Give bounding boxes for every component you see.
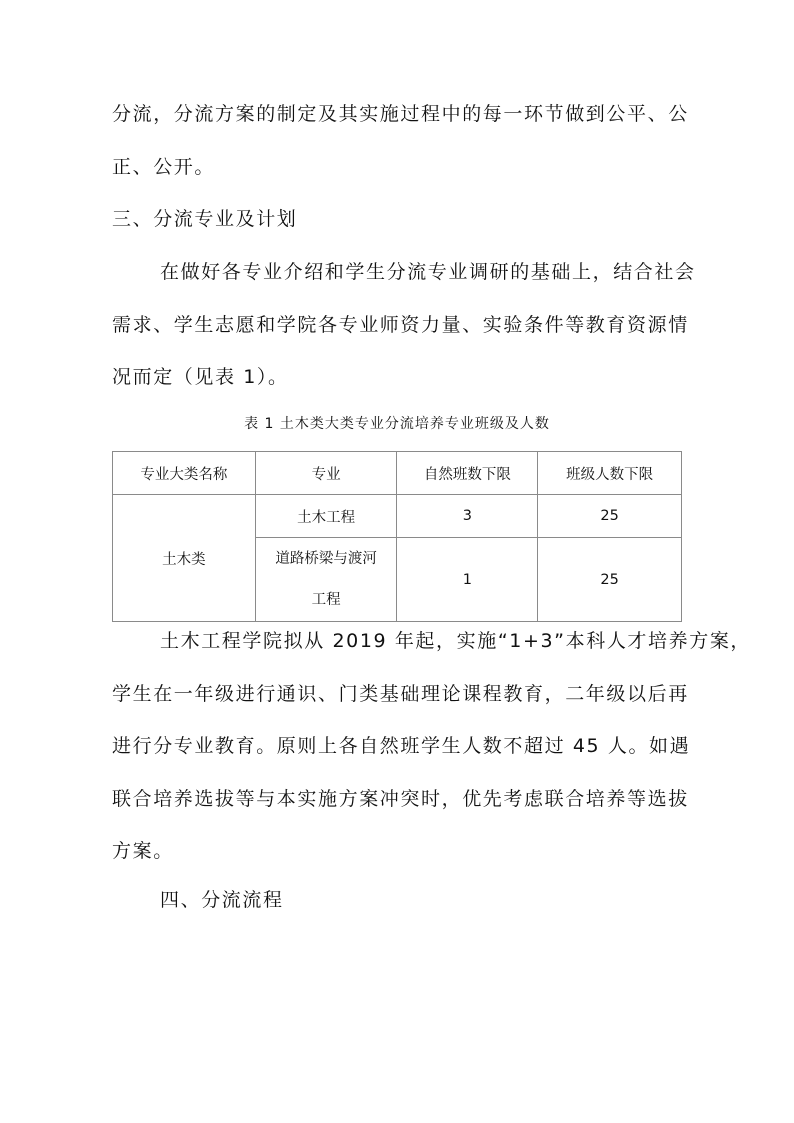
major-line: 工程 [256,580,397,621]
section-heading-4: 四、分流流程 [160,888,284,912]
table-row: 土木类 土木工程 3 25 [113,495,682,538]
header-cell: 班级人数下限 [538,452,682,495]
paragraph-line: 学生在一年级进行通识、门类基础理论课程教育，二年级以后再 [112,682,689,706]
paragraph-line: 需求、学生志愿和学院各专业师资力量、实验条件等教育资源情 [112,313,689,337]
table-header-row: 专业大类名称 专业 自然班数下限 班级人数下限 [113,452,682,495]
paragraph-line: 土木工程学院拟从 2019 年起，实施“1+3”本科人才培养方案， [160,629,751,653]
major-line: 道路桥梁与渡河 [256,539,397,580]
header-cell: 自然班数下限 [397,452,538,495]
paragraph-line: 联合培养选拔等与本实施方案冲突时，优先考虑联合培养等选拔 [112,787,689,811]
section-heading-3: 三、分流专业及计划 [112,207,297,231]
paragraph-line: 正、公开。 [112,155,215,179]
major-cell: 道路桥梁与渡河 工程 [255,538,397,622]
table-caption: 表 1 土木类大类专业分流培养专业班级及人数 [0,413,794,433]
paragraph-line: 况而定（见表 1）。 [112,365,289,389]
classes-cell: 3 [397,495,538,538]
paragraph-line: 分流，分流方案的制定及其实施过程中的每一环节做到公平、公 [112,102,689,126]
students-cell: 25 [538,495,682,538]
category-cell: 土木类 [113,495,256,622]
students-cell: 25 [538,538,682,622]
paragraph-line: 在做好各专业介绍和学生分流专业调研的基础上，结合社会 [160,260,696,284]
paragraph-line: 进行分专业教育。原则上各自然班学生人数不超过 45 人。如遇 [112,734,690,758]
classes-cell: 1 [397,538,538,622]
major-table: 专业大类名称 专业 自然班数下限 班级人数下限 土木类 土木工程 3 25 道路… [112,451,682,622]
header-cell: 专业大类名称 [113,452,256,495]
header-cell: 专业 [255,452,397,495]
paragraph-line: 方案。 [112,839,174,863]
major-cell: 土木工程 [255,495,397,538]
